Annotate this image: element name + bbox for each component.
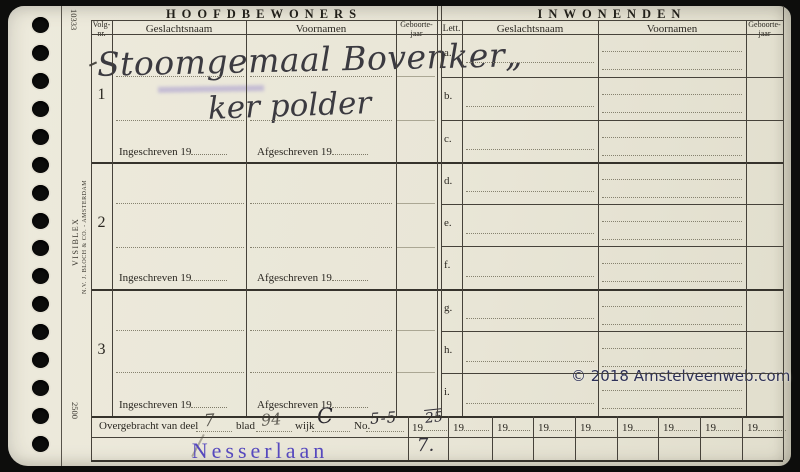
ingeschreven-row1: Ingeschreven 19 bbox=[119, 144, 227, 158]
lodger-letter-e: e. bbox=[444, 217, 460, 229]
dotted-line bbox=[250, 330, 392, 331]
grid-line bbox=[598, 20, 599, 416]
dotted-line bbox=[466, 62, 594, 63]
afgeschreven-row1: Afgeschreven 19 bbox=[257, 144, 368, 158]
dotted-line bbox=[250, 372, 392, 373]
grid-line bbox=[112, 20, 113, 416]
punch-hole bbox=[32, 73, 49, 89]
grid-line bbox=[91, 20, 92, 460]
year-cell: 19 bbox=[580, 420, 614, 434]
grid-line bbox=[700, 416, 701, 460]
dotted-line bbox=[602, 112, 742, 113]
dotted-line bbox=[116, 247, 244, 248]
ingeschreven-row2: Ingeschreven 19 bbox=[119, 270, 227, 284]
punch-hole bbox=[32, 157, 49, 173]
dotted-line bbox=[602, 366, 742, 367]
dotted-line bbox=[466, 149, 594, 150]
handwritten-no: 5-5 bbox=[369, 408, 397, 428]
handwritten-blad: 94 bbox=[260, 409, 282, 430]
dotted-line bbox=[116, 76, 244, 77]
dotted-line bbox=[466, 276, 594, 277]
dotted-line bbox=[602, 137, 742, 138]
lodger-letter-f: f. bbox=[444, 259, 460, 271]
dotted-line bbox=[466, 318, 594, 319]
dotted-line bbox=[602, 263, 742, 264]
punch-hole bbox=[32, 17, 49, 33]
dotted-line bbox=[116, 372, 244, 373]
grid-line bbox=[408, 416, 409, 460]
year-cell: 19 bbox=[705, 420, 739, 434]
dotted-line bbox=[466, 191, 594, 192]
lodger-letter-h: h. bbox=[444, 344, 460, 356]
dotted-line bbox=[250, 76, 392, 77]
punch-hole bbox=[32, 185, 49, 201]
grid-line bbox=[441, 77, 783, 78]
grid-line bbox=[742, 416, 743, 460]
dotted-line bbox=[466, 361, 594, 362]
printer-name: N.V. J. BLOCH & CO. - AMSTERDAM bbox=[82, 294, 196, 300]
year-cell: 19 bbox=[747, 420, 786, 434]
punch-hole bbox=[32, 213, 49, 229]
year-line bbox=[397, 247, 435, 248]
afgeschreven-row2: Afgeschreven 19 bbox=[257, 270, 368, 284]
lodger-letter-g: g. bbox=[444, 302, 460, 314]
grid-line bbox=[441, 246, 783, 247]
dotted-line bbox=[466, 403, 594, 404]
grid-line bbox=[746, 20, 747, 416]
dotted-line bbox=[602, 348, 742, 349]
punch-hole bbox=[32, 380, 49, 396]
row-number-1: 1 bbox=[91, 86, 112, 104]
punch-hole bbox=[32, 436, 49, 452]
punch-hole bbox=[32, 129, 49, 145]
dotted-line bbox=[250, 120, 392, 121]
transfer-label: Overgebracht van deel bbox=[99, 420, 198, 432]
grid-line bbox=[441, 120, 783, 121]
form-number-bottom: 2500 bbox=[80, 402, 97, 412]
year-line bbox=[397, 120, 435, 121]
year-line bbox=[397, 330, 435, 331]
year-line bbox=[397, 372, 435, 373]
grid-line bbox=[492, 416, 493, 460]
dotted-line bbox=[602, 281, 742, 282]
year-line bbox=[397, 203, 435, 204]
dotted-line bbox=[250, 247, 392, 248]
grid-line bbox=[91, 460, 783, 462]
grid-line bbox=[462, 20, 463, 416]
year-cell: 19 bbox=[663, 420, 697, 434]
grid-line bbox=[61, 6, 62, 466]
grid-line bbox=[658, 416, 659, 460]
col-header-volgnr: Volg-nr. bbox=[91, 21, 112, 38]
dotted-line bbox=[116, 330, 244, 331]
lodger-letter-c: c. bbox=[444, 133, 460, 145]
col-header-lett: Lett. bbox=[441, 24, 462, 34]
dotted-line bbox=[602, 51, 742, 52]
grid-line bbox=[441, 373, 783, 374]
ingeschreven-row3: Ingeschreven 19 bbox=[119, 397, 227, 411]
col-header-geboortejaar-right: Geboorte-jaar bbox=[746, 21, 783, 38]
grid-line bbox=[441, 331, 783, 332]
year-line bbox=[397, 76, 435, 77]
dotted-line bbox=[602, 221, 742, 222]
blad-label: blad bbox=[236, 420, 255, 432]
dotted-line bbox=[250, 203, 392, 204]
dotted-line bbox=[602, 197, 742, 198]
grid-line bbox=[448, 416, 449, 460]
grid-line bbox=[91, 416, 783, 418]
grid-line bbox=[441, 204, 783, 205]
dotted-line bbox=[602, 306, 742, 307]
lodger-letter-d: d. bbox=[444, 175, 460, 187]
dotted-line bbox=[602, 69, 742, 70]
dotted-line bbox=[602, 390, 742, 391]
dotted-line bbox=[602, 408, 742, 409]
dotted-line bbox=[196, 431, 232, 432]
dotted-line bbox=[116, 120, 244, 121]
punch-hole bbox=[32, 408, 49, 424]
grid-line bbox=[575, 416, 576, 460]
dotted-line bbox=[466, 106, 594, 107]
year-cell: 19 bbox=[622, 420, 655, 434]
dotted-line bbox=[256, 431, 292, 432]
grid-line bbox=[246, 20, 247, 416]
year-cell: 19 bbox=[538, 420, 572, 434]
dotted-line bbox=[602, 324, 742, 325]
dotted-line bbox=[312, 431, 350, 432]
grid-line bbox=[617, 416, 618, 460]
row-number-3: 3 bbox=[91, 341, 112, 359]
year-cell: 19 bbox=[497, 420, 530, 434]
lodger-letter-a: a. bbox=[444, 47, 460, 59]
dotted-line bbox=[602, 179, 742, 180]
dotted-line bbox=[602, 239, 742, 240]
grid-line bbox=[91, 437, 783, 438]
dotted-line bbox=[116, 203, 244, 204]
grid-line bbox=[783, 6, 784, 460]
dotted-line bbox=[466, 233, 594, 234]
copyright-watermark: © 2018 Amstelveenweb.com bbox=[571, 367, 790, 385]
lodger-letter-b: b. bbox=[444, 90, 460, 102]
year-cell: 19 bbox=[453, 420, 489, 434]
grid-line bbox=[441, 6, 442, 416]
dotted-line bbox=[366, 431, 404, 432]
dotted-line bbox=[602, 155, 742, 156]
registration-card-photo: 10333 2500 VISIBLEX N.V. J. BLOCH & CO. … bbox=[0, 0, 800, 472]
dotted-line bbox=[602, 94, 742, 95]
grid-line bbox=[396, 20, 397, 416]
col-header-geboortejaar-left: Geboorte-jaar bbox=[396, 21, 437, 38]
punch-hole bbox=[32, 45, 49, 61]
handwritten-deel: 7 bbox=[203, 411, 215, 432]
punch-hole bbox=[32, 101, 49, 117]
grid-line bbox=[533, 416, 534, 460]
grid-line bbox=[437, 6, 438, 416]
row-number-2: 2 bbox=[91, 214, 112, 232]
lodger-letter-i: i. bbox=[444, 386, 460, 398]
